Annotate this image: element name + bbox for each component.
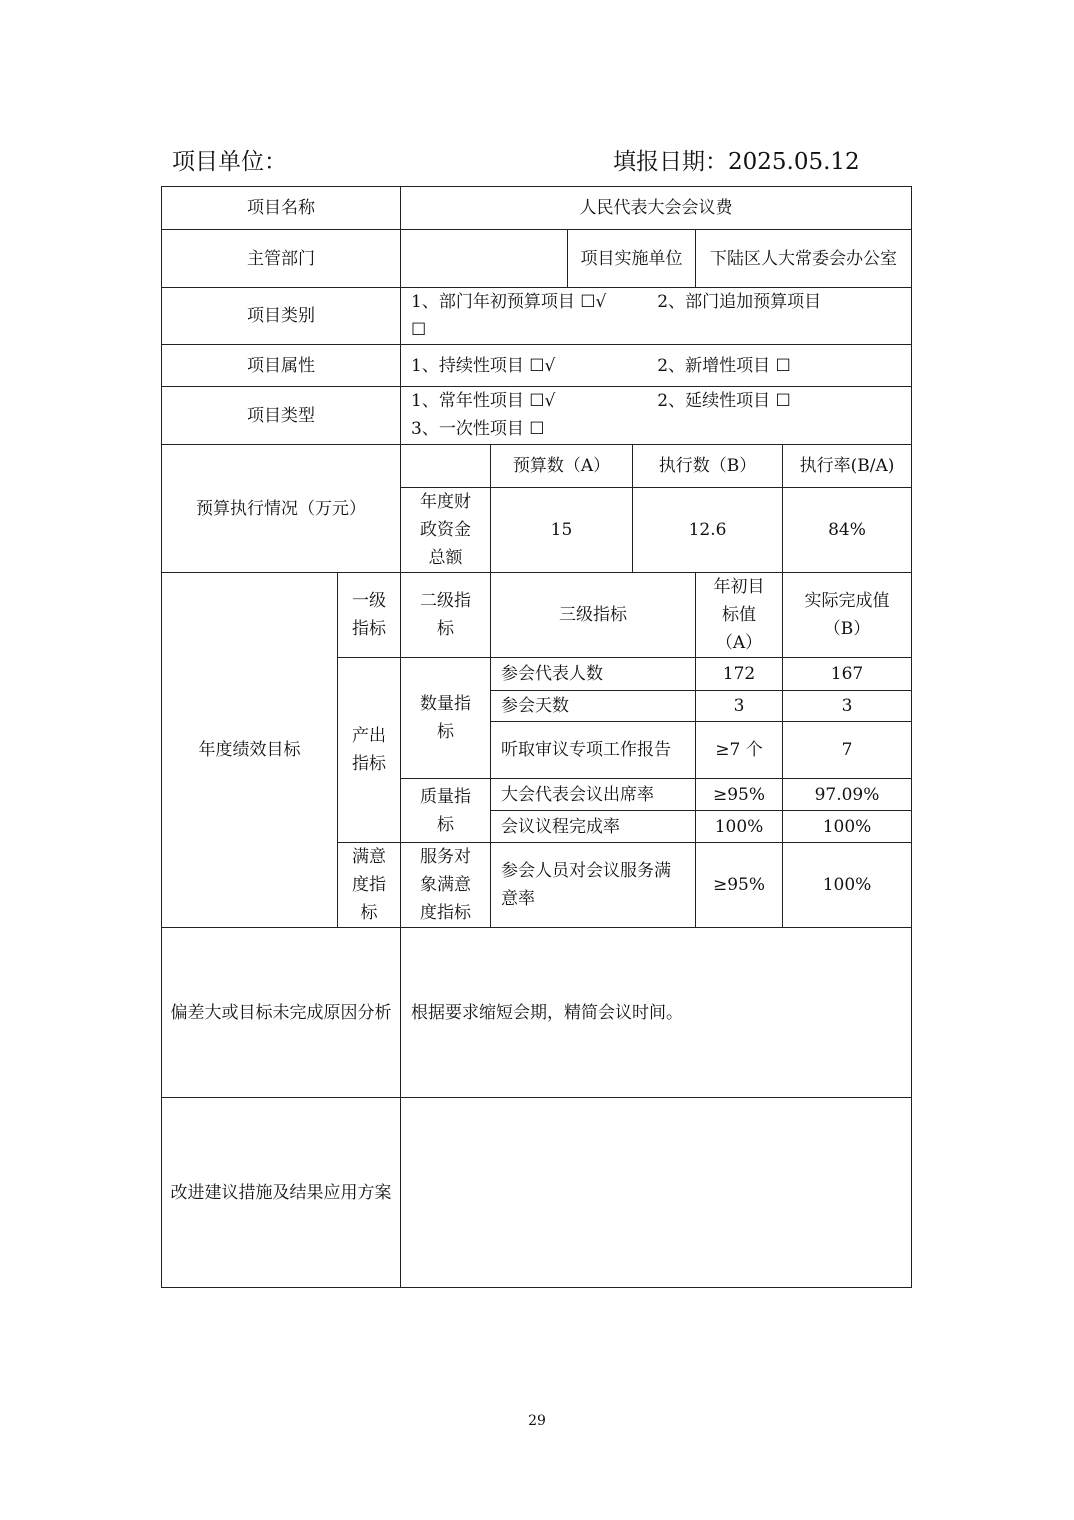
report-date: 填报日期：2025.05.12 bbox=[613, 143, 860, 176]
indicator-name: 大会代表会议出席率 bbox=[490, 778, 696, 811]
category-line1: 1、部门年初预算项目 ☐√ 2、部门追加预算项目 bbox=[411, 288, 821, 316]
budget-corner bbox=[400, 444, 491, 488]
budget-value-a: 15 bbox=[490, 487, 633, 573]
improve-label: 改进建议措施及结果应用方案 bbox=[161, 1097, 401, 1288]
improve-value bbox=[400, 1097, 912, 1288]
budget-value-b: 12.6 bbox=[632, 487, 783, 573]
indicator-actual: 100% bbox=[782, 842, 912, 928]
dept-label: 主管部门 bbox=[161, 229, 401, 288]
budget-header-a: 预算数（A） bbox=[490, 444, 633, 488]
project-unit-label: 项目单位： bbox=[172, 143, 287, 176]
indicator-name: 参会代表人数 bbox=[490, 657, 696, 691]
attr-label: 项目属性 bbox=[161, 344, 401, 387]
indicator-target: 3 bbox=[695, 690, 783, 722]
indicator-name: 参会天数 bbox=[490, 690, 696, 722]
deviation-label: 偏差大或目标未完成原因分析 bbox=[161, 927, 401, 1098]
indicator-name: 听取审议专项工作报告 bbox=[490, 721, 696, 779]
attr-value: 1、持续性项目 ☐√ 2、新增性项目 ☐ bbox=[400, 344, 912, 387]
perf-header-target: 年初目标值（A） bbox=[695, 572, 783, 658]
project-name-value: 人民代表大会会议费 bbox=[400, 186, 912, 230]
indicator-target: ≥95% bbox=[695, 778, 783, 811]
deviation-value: 根据要求缩短会期，精简会议时间。 bbox=[400, 927, 912, 1098]
indicator-actual: 3 bbox=[782, 690, 912, 722]
budget-value-rate: 84% bbox=[782, 487, 912, 573]
type-line1: 1、常年性项目 ☐√ 2、延续性项目 ☐ bbox=[411, 387, 791, 415]
category-value: 1、部门年初预算项目 ☐√ 2、部门追加预算项目 ☐ bbox=[400, 287, 912, 345]
project-name-label: 项目名称 bbox=[161, 186, 401, 230]
perf-header-l2: 二级指标 bbox=[400, 572, 491, 658]
perf-header-l3: 三级指标 bbox=[490, 572, 696, 658]
level2-service: 服务对象满意度指标 bbox=[400, 842, 491, 928]
budget-label: 预算执行情况（万元） bbox=[161, 444, 401, 573]
level2-quantity: 数量指标 bbox=[400, 657, 491, 779]
impl-unit-value: 下陆区人大常委会办公室 bbox=[695, 229, 912, 288]
indicator-name: 会议议程完成率 bbox=[490, 810, 696, 843]
level2-quality: 质量指标 bbox=[400, 778, 491, 843]
category-line2: ☐ bbox=[411, 316, 426, 344]
indicator-target: 100% bbox=[695, 810, 783, 843]
type-value: 1、常年性项目 ☐√ 2、延续性项目 ☐ 3、一次性项目 ☐ bbox=[400, 386, 912, 445]
budget-row-label: 年度财政资金总额 bbox=[400, 487, 491, 573]
page-number: 29 bbox=[0, 1413, 1074, 1429]
perf-header-actual: 实际完成值（B） bbox=[782, 572, 912, 658]
indicator-actual: 7 bbox=[782, 721, 912, 779]
indicator-actual: 167 bbox=[782, 657, 912, 691]
indicator-target: 172 bbox=[695, 657, 783, 691]
type-label: 项目类型 bbox=[161, 386, 401, 445]
impl-unit-label: 项目实施单位 bbox=[567, 229, 696, 288]
level1-output: 产出指标 bbox=[337, 657, 401, 843]
indicator-target: ≥7 个 bbox=[695, 721, 783, 779]
indicator-target: ≥95% bbox=[695, 842, 783, 928]
type-line2: 3、一次性项目 ☐ bbox=[411, 415, 544, 443]
level1-satisfaction: 满意度指标 bbox=[337, 842, 401, 928]
indicator-actual: 100% bbox=[782, 810, 912, 843]
budget-header-rate: 执行率(B/A) bbox=[782, 444, 912, 488]
perf-header-l1: 一级指标 bbox=[337, 572, 401, 658]
budget-header-b: 执行数（B） bbox=[632, 444, 783, 488]
category-label: 项目类别 bbox=[161, 287, 401, 345]
indicator-name: 参会人员对会议服务满意率 bbox=[490, 842, 696, 928]
perf-label: 年度绩效目标 bbox=[161, 572, 338, 928]
indicator-actual: 97.09% bbox=[782, 778, 912, 811]
dept-value bbox=[400, 229, 568, 288]
